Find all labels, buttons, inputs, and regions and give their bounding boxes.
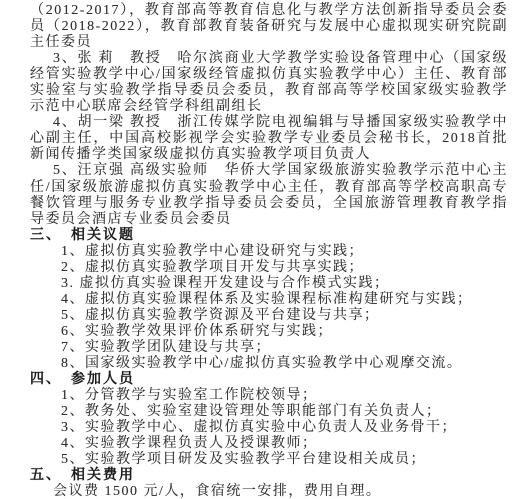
participant-item: 5、实验教学项目研发及实验教学平台建设相关成员； [61, 452, 508, 468]
fee-paragraph: 会议费 1500 元/人，食宿统一安排，费用自理。 [30, 484, 508, 499]
section-title: 参加人员 [71, 372, 135, 387]
participants-list: 1、分管教学与实验室工作院校领导； 2、教务处、实验室建设管理处等职能部门有关负… [30, 388, 508, 468]
expert-paragraph-3: 3、张 莉 教授 哈尔滨商业大学教学实验设备管理中心（国家级经管实验教学中心/国… [30, 51, 508, 115]
section-number: 四、 [30, 372, 62, 388]
agenda-item: 7、实验教学团队建设与共享； [61, 340, 508, 356]
agenda-item: 5、虚拟仿真实验教学资源及平台建设与共享； [61, 308, 508, 324]
expert-paragraph-4: 4、胡一梁 教授 浙江传媒学院电视编辑与导播国家级实验教学中心副主任，中国高校影… [30, 115, 508, 163]
agenda-item: 8、国家级实验教学中心/虚拟仿真实验教学中心观摩交流。 [61, 356, 508, 372]
agenda-item: 6、实验教学效果评价体系研究与实践； [61, 324, 508, 340]
agenda-item: 2、虚拟仿真实验教学项目开发与共享实践； [61, 260, 508, 276]
participant-item: 2、教务处、实验室建设管理处等职能部门有关负责人； [61, 404, 508, 420]
section-number: 五、 [30, 468, 62, 484]
section-heading-fees: 五、相关费用 [30, 468, 508, 484]
section-number: 三、 [30, 228, 62, 244]
notice-document-page: （2012-2017），教育部高等教育信息化与教学方法创新指导委员会委员（201… [0, 0, 532, 499]
expert-bio-continuation: （2012-2017），教育部高等教育信息化与教学方法创新指导委员会委员（201… [30, 3, 508, 51]
section-title: 相关议题 [71, 228, 135, 243]
participant-item: 4、实验教学课程负责人及授课教师； [61, 436, 508, 452]
section-heading-topics: 三、相关议题 [30, 228, 508, 244]
section-title: 相关费用 [71, 468, 135, 483]
topics-list: 1、虚拟仿真实验教学中心建设研究与实践； 2、虚拟仿真实验教学项目开发与共享实践… [30, 244, 508, 372]
agenda-item: 1、虚拟仿真实验教学中心建设研究与实践； [61, 244, 508, 260]
agenda-item: 3. 虚拟仿真实验课程开发建设与合作模式实践； [61, 276, 508, 292]
section-heading-participants: 四、参加人员 [30, 372, 508, 388]
agenda-item: 4、虚拟仿真实验课程体系及实验课程标准构建研究与实践； [61, 292, 508, 308]
expert-paragraph-5: 5、汪京强 高级实验师 华侨大学国家级旅游实验教学示范中心主任/国家级旅游虚拟仿… [30, 163, 508, 227]
participant-item: 1、分管教学与实验室工作院校领导； [61, 388, 508, 404]
participant-item: 3、实验教学中心、虚拟仿真实验中心负责人及业务骨干； [61, 420, 508, 436]
